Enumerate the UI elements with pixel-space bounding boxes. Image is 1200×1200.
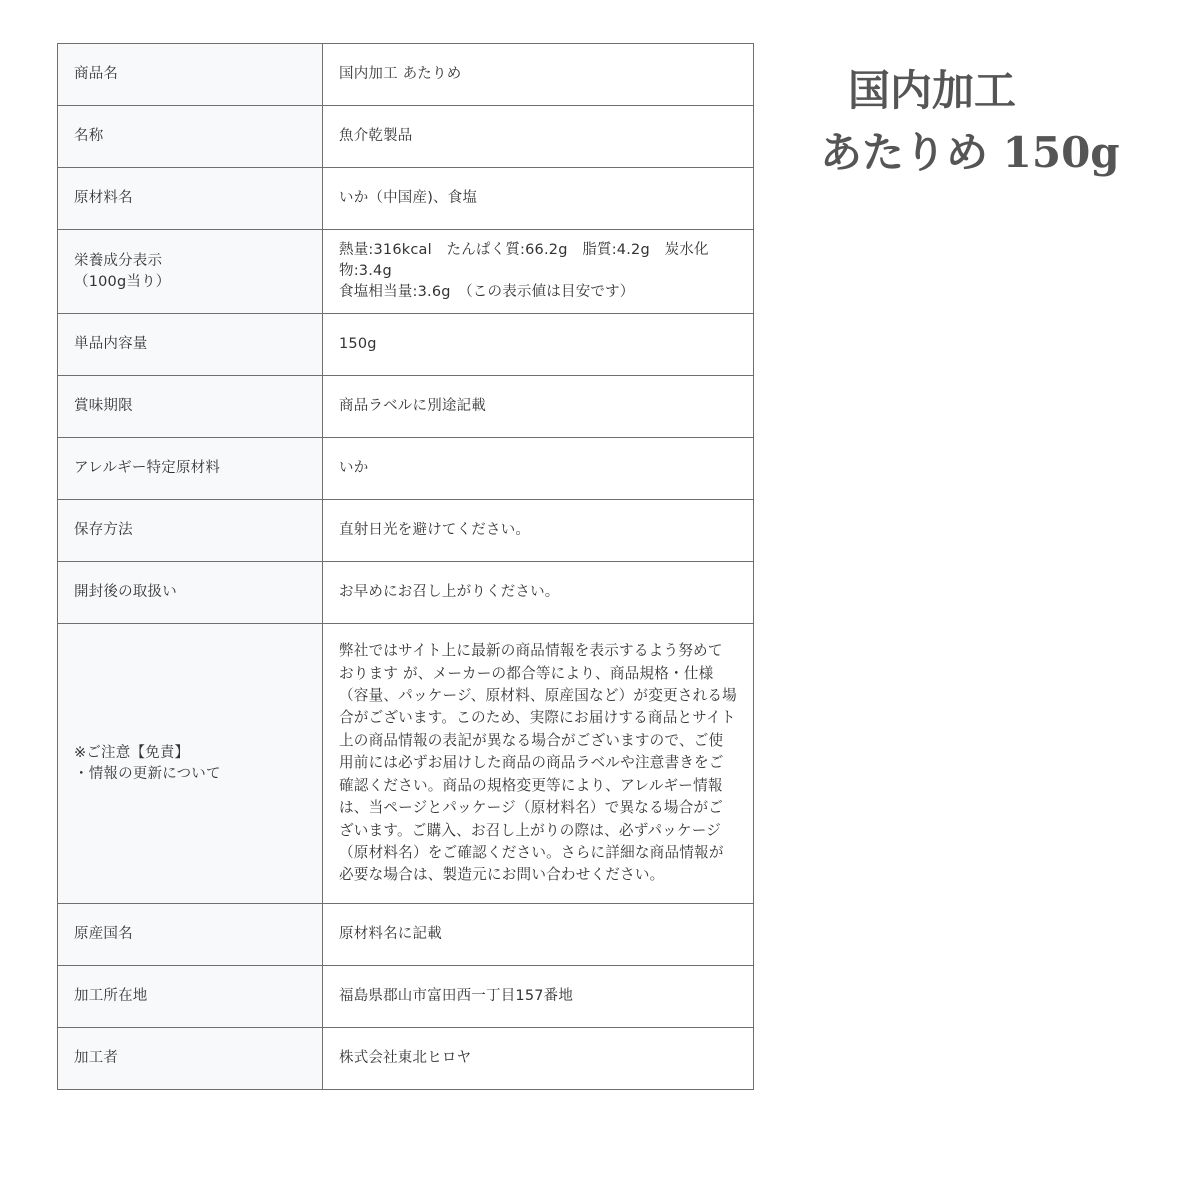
row-label: 原産国名 [58,904,323,966]
table-row-disclaimer: ※ご注意【免責】 ・情報の更新について 弊社ではサイト上に最新の商品情報を表示す… [58,624,754,904]
row-label: 賞味期限 [58,376,323,438]
row-value: 熱量:316kcal たんぱく質:66.2g 脂質:4.2g 炭水化物:3.4g… [323,230,754,314]
row-label: 栄養成分表示 （100g当り） [58,230,323,314]
row-value: 株式会社東北ヒロヤ [323,1028,754,1090]
table-row-after-opening: 開封後の取扱い お早めにお召し上がりください。 [58,562,754,624]
table-row-nutrition: 栄養成分表示 （100g当り） 熱量:316kcal たんぱく質:66.2g 脂… [58,230,754,314]
headline-line-1: 国内加工 [820,60,1120,122]
row-value: 原材料名に記載 [323,904,754,966]
row-value: 商品ラベルに別途記載 [323,376,754,438]
row-label: 単品内容量 [58,314,323,376]
row-label: ※ご注意【免責】 ・情報の更新について [58,624,323,904]
product-spec-table: 商品名 国内加工 あたりめ 名称 魚介乾製品 原材料名 いか（中国産)、食塩 栄… [57,43,754,1090]
row-value: お早めにお召し上がりください。 [323,562,754,624]
row-label: 原材料名 [58,168,323,230]
row-label: アレルギー特定原材料 [58,438,323,500]
table-row-country-of-origin: 原産国名 原材料名に記載 [58,904,754,966]
headline-line-2: あたりめ 150g [820,122,1120,184]
row-label: 名称 [58,106,323,168]
row-value: 魚介乾製品 [323,106,754,168]
product-headline: 国内加工 あたりめ 150g [820,60,1120,184]
row-value: 福島県郡山市富田西一丁目157番地 [323,966,754,1028]
table-row-net-content: 単品内容量 150g [58,314,754,376]
row-label: 商品名 [58,44,323,106]
table-row-allergens: アレルギー特定原材料 いか [58,438,754,500]
row-label: 加工者 [58,1028,323,1090]
table-row-name: 名称 魚介乾製品 [58,106,754,168]
table-row-ingredients: 原材料名 いか（中国産)、食塩 [58,168,754,230]
row-value: いか（中国産)、食塩 [323,168,754,230]
row-label: 保存方法 [58,500,323,562]
table-row-processing-location: 加工所在地 福島県郡山市富田西一丁目157番地 [58,966,754,1028]
table-row-storage: 保存方法 直射日光を避けてください。 [58,500,754,562]
row-value: 弊社ではサイト上に最新の商品情報を表示するよう努めております が、メーカーの都合… [323,624,754,904]
table-row-best-before: 賞味期限 商品ラベルに別途記載 [58,376,754,438]
table-row-processor: 加工者 株式会社東北ヒロヤ [58,1028,754,1090]
row-value: 直射日光を避けてください。 [323,500,754,562]
table-row-product-name: 商品名 国内加工 あたりめ [58,44,754,106]
row-value: 150g [323,314,754,376]
row-label: 加工所在地 [58,966,323,1028]
row-label: 開封後の取扱い [58,562,323,624]
row-value: いか [323,438,754,500]
row-value: 国内加工 あたりめ [323,44,754,106]
